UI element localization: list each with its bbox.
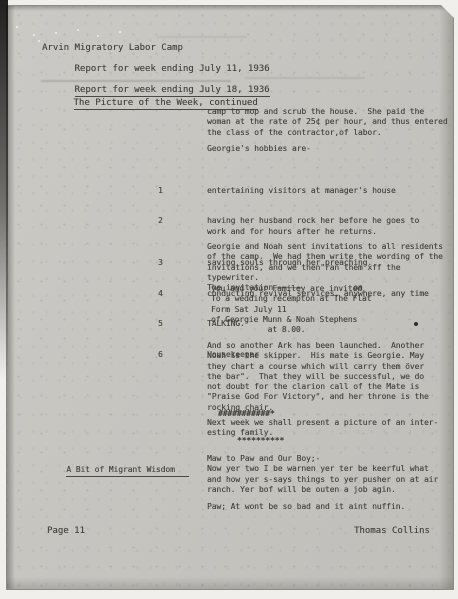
- hobby-text: entertaining visitors at manager's house: [207, 186, 396, 196]
- paper: Arvin Migratory Labor Camp Report for we…: [6, 5, 454, 590]
- hobbies-intro: Georgie's hobbies are-: [207, 144, 311, 154]
- hobby-number: 5: [158, 319, 207, 329]
- hobby-number: 4: [158, 289, 207, 299]
- staple-hole-specks: [16, 26, 18, 28]
- hobby-number: 6: [158, 350, 207, 360]
- page-number: Page 11: [47, 526, 85, 537]
- ink-dot: [414, 322, 418, 326]
- wisdom-paragraph-1: Maw to Paw and Our Boy;- Now yer two I b…: [207, 454, 438, 495]
- list-item: 1entertaining visitors at manager's hous…: [158, 186, 429, 196]
- hobby-text: having her husband rock her before he go…: [207, 216, 419, 237]
- hobby-number: 2: [158, 216, 207, 237]
- dogear-corner: [441, 5, 454, 18]
- report-line-1: Report for week ending July 11, 1936: [75, 64, 270, 74]
- star-divider: **********: [237, 436, 284, 446]
- smudge-mark: [157, 36, 247, 38]
- document-title: Arvin Migratory Labor Camp: [42, 43, 183, 53]
- hobby-number: 1: [158, 186, 207, 196]
- author-signature: Thomas Collins: [354, 526, 430, 537]
- body-paragraph-1: camp to mop and scrub the house. She pai…: [207, 107, 448, 138]
- invitation-block: you and your Familey are invited To a we…: [211, 284, 371, 335]
- list-item: 2having her husband rock her before he g…: [158, 216, 429, 237]
- wisdom-label-wrap: A Bit of Migrant Wisdom: [38, 455, 189, 487]
- hobby-number: 3: [158, 258, 207, 268]
- wisdom-paragraph-2: Paw; At wont be so bad and it aint nuffi…: [207, 502, 405, 512]
- body-paragraph-3: And so another Ark has been launched. An…: [207, 341, 429, 413]
- scanner-edge-shadow: [0, 0, 8, 380]
- scanned-document: Arvin Migratory Labor Camp Report for we…: [0, 0, 458, 599]
- wisdom-label: A Bit of Migrant Wisdom: [66, 465, 188, 477]
